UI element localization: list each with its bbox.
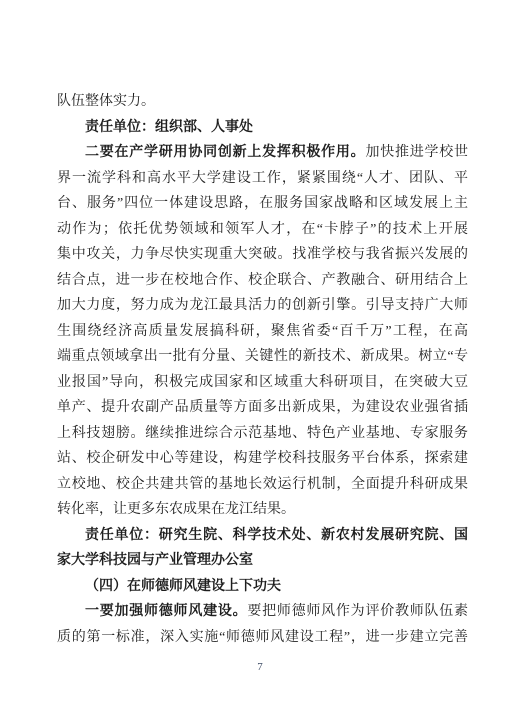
text-line: 集中攻关，力争尽快实现重大突破。找准学校与我省振兴发展的 (57, 242, 468, 268)
bold-text-segment: （四）在师德师风建设上下功夫 (85, 579, 281, 594)
text-line: 界一流学科和高水平大学建设工作，紧紧围绕“人才、团队、平 (57, 166, 468, 192)
text-line: 队伍整体实力。 (57, 89, 468, 115)
text-line: 质的第一标准，深入实施“师德师风建设工程”，进一步建立完善 (57, 625, 468, 651)
body-text-segment: 要把师德师风作为评价教师队伍素 (247, 604, 468, 619)
body-text-segment: 转化率，让更多东农成果在龙江结果。 (57, 502, 295, 517)
body-text-segment: 上科技翅膀。继续推进综合示范基地、特色产业基地、专家服务 (57, 426, 468, 441)
text-line: 台、服务”四位一体建设思路，在服务国家战略和区域发展上主 (57, 191, 468, 217)
body-text-segment: 加快推进学校世 (365, 145, 468, 160)
text-line: 转化率，让更多东农成果在龙江结果。 (57, 497, 468, 523)
document-page: 队伍整体实力。责任单位：组织部、人事处二要在产学研用协同创新上发挥积极作用。加快… (0, 0, 520, 718)
body-text-segment: 结合点，进一步在校地合作、校企联合、产教融合、研用结合上 (57, 273, 468, 288)
body-text-segment: 站、校企研发中心等建设，构建学校科技服务平台体系，探索建 (57, 451, 468, 466)
text-line: 生围绕经济高质量发展搞科研，聚焦省委“百千万”工程，在高 (57, 319, 468, 345)
text-line: 一要加强师德师风建设。要把师德师风作为评价教师队伍素 (57, 599, 468, 625)
text-line: 责任单位：组织部、人事处 (57, 115, 468, 141)
body-text-segment: 单产、提升农副产品质量等方面多出新成果，为建设农业强省插 (57, 400, 468, 415)
body-text-segment: 加大力度，努力成为龙江最具活力的创新引擎。引导支持广大师 (57, 298, 468, 313)
bold-text-segment: 家大学科技园与产业管理办公室 (57, 553, 253, 568)
text-line: 站、校企研发中心等建设，构建学校科技服务平台体系，探索建 (57, 446, 468, 472)
body-text-segment: 业报国”导向，积极完成国家和区域重大科研项目，在突破大豆 (57, 375, 468, 390)
text-line: 业报国”导向，积极完成国家和区域重大科研项目，在突破大豆 (57, 370, 468, 396)
page-number: 7 (0, 660, 520, 674)
text-line: 家大学科技园与产业管理办公室 (57, 548, 468, 574)
body-text-segment: 界一流学科和高水平大学建设工作，紧紧围绕“人才、团队、平 (57, 171, 468, 186)
body-text-segment: 端重点领域拿出一批有分量、关键性的新技术、新成果。树立“专 (57, 349, 468, 364)
text-line: 端重点领域拿出一批有分量、关键性的新技术、新成果。树立“专 (57, 344, 468, 370)
body-text-segment: 生围绕经济高质量发展搞科研，聚焦省委“百千万”工程，在高 (57, 324, 468, 339)
bold-text-segment: 责任单位：组织部、人事处 (85, 120, 253, 135)
text-line: 立校地、校企共建共管的基地长效运行机制，全面提升科研成果 (57, 472, 468, 498)
text-line: 责任单位：研究生院、科学技术处、新农村发展研究院、国 (57, 523, 468, 549)
body-text-segment: 集中攻关，力争尽快实现重大突破。找准学校与我省振兴发展的 (57, 247, 468, 262)
text-line: 动作为；依托优势领域和领军人才，在“卡脖子”的技术上开展 (57, 217, 468, 243)
body-text-segment: 动作为；依托优势领域和领军人才，在“卡脖子”的技术上开展 (57, 222, 468, 237)
body-text-segment: 质的第一标准，深入实施“师德师风建设工程”，进一步建立完善 (57, 630, 468, 645)
text-line: （四）在师德师风建设上下功夫 (57, 574, 468, 600)
bold-text-segment: 二要在产学研用协同创新上发挥积极作用。 (85, 145, 365, 160)
text-line: 结合点，进一步在校地合作、校企联合、产教融合、研用结合上 (57, 268, 468, 294)
text-line: 加大力度，努力成为龙江最具活力的创新引擎。引导支持广大师 (57, 293, 468, 319)
body-text-segment: 立校地、校企共建共管的基地长效运行机制，全面提升科研成果 (57, 477, 468, 492)
document-body: 队伍整体实力。责任单位：组织部、人事处二要在产学研用协同创新上发挥积极作用。加快… (57, 89, 468, 650)
body-text-segment: 台、服务”四位一体建设思路，在服务国家战略和区域发展上主 (57, 196, 468, 211)
text-line: 二要在产学研用协同创新上发挥积极作用。加快推进学校世 (57, 140, 468, 166)
bold-text-segment: 责任单位：研究生院、科学技术处、新农村发展研究院、国 (85, 528, 468, 543)
bold-text-segment: 一要加强师德师风建设。 (85, 604, 247, 619)
text-line: 单产、提升农副产品质量等方面多出新成果，为建设农业强省插 (57, 395, 468, 421)
text-line: 上科技翅膀。继续推进综合示范基地、特色产业基地、专家服务 (57, 421, 468, 447)
body-text-segment: 队伍整体实力。 (57, 94, 155, 109)
